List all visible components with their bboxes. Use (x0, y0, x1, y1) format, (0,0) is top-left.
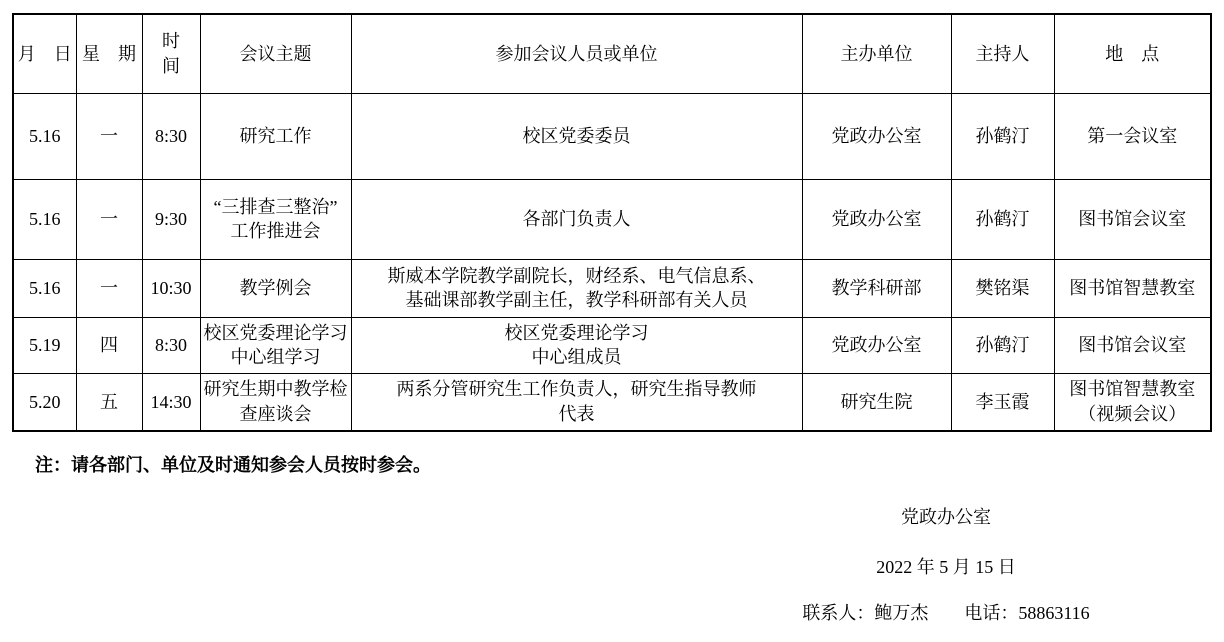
cell-weekday: 一 (76, 93, 142, 179)
cell-location: 图书馆会议室 (1054, 317, 1211, 373)
table-row: 5.16 一 10:30 教学例会 斯威本学院教学副院长，财经系、电气信息系、 … (13, 259, 1211, 317)
cell-weekday: 四 (76, 317, 142, 373)
cell-participants: 两系分管研究生工作负责人，研究生指导教师 代表 (351, 373, 802, 431)
footer-note: 注：请各部门、单位及时通知参会人员按时参会。 (35, 451, 431, 477)
col-header-time: 时 间 (142, 14, 200, 93)
cell-time: 8:30 (142, 93, 200, 179)
cell-host: 孙鹤汀 (951, 93, 1054, 179)
cell-host: 樊铭渠 (951, 259, 1054, 317)
cell-location: 第一会议室 (1054, 93, 1211, 179)
cell-month-day: 5.16 (13, 179, 76, 259)
signature-date: 2022 年 5 月 15 日 (700, 553, 1192, 579)
meeting-schedule-table: 月 日 星 期 时 间 会议主题 参加会议人员或单位 主办单位 主持人 地 点 … (12, 13, 1212, 432)
cell-participants: 校区党委理论学习 中心组成员 (351, 317, 802, 373)
col-header-location: 地 点 (1054, 14, 1211, 93)
cell-participants: 校区党委委员 (351, 93, 802, 179)
col-header-month-day: 月 日 (13, 14, 76, 93)
cell-topic: 校区党委理论学习 中心组学习 (200, 317, 351, 373)
col-header-participants: 参加会议人员或单位 (351, 14, 802, 93)
cell-weekday: 一 (76, 259, 142, 317)
cell-location: 图书馆会议室 (1054, 179, 1211, 259)
cell-topic: “三排查三整治” 工作推进会 (200, 179, 351, 259)
cell-time: 14:30 (142, 373, 200, 431)
cell-organizer: 党政办公室 (802, 93, 951, 179)
cell-time: 10:30 (142, 259, 200, 317)
col-header-host: 主持人 (951, 14, 1054, 93)
cell-topic: 教学例会 (200, 259, 351, 317)
cell-organizer: 党政办公室 (802, 317, 951, 373)
table-row: 5.19 四 8:30 校区党委理论学习 中心组学习 校区党委理论学习 中心组成… (13, 317, 1211, 373)
col-header-topic: 会议主题 (200, 14, 351, 93)
col-header-organizer: 主办单位 (802, 14, 951, 93)
cell-time: 9:30 (142, 179, 200, 259)
cell-time: 8:30 (142, 317, 200, 373)
cell-host: 孙鹤汀 (951, 317, 1054, 373)
signature-office: 党政办公室 (700, 503, 1192, 529)
cell-participants: 各部门负责人 (351, 179, 802, 259)
cell-month-day: 5.16 (13, 259, 76, 317)
cell-month-day: 5.20 (13, 373, 76, 431)
cell-host: 孙鹤汀 (951, 179, 1054, 259)
cell-participants: 斯威本学院教学副院长，财经系、电气信息系、 基础课部教学副主任，教学科研部有关人… (351, 259, 802, 317)
contact-line: 联系人：鲍万杰 电话：58863116 (700, 599, 1192, 625)
document-page: 月 日 星 期 时 间 会议主题 参加会议人员或单位 主办单位 主持人 地 点 … (0, 0, 1224, 642)
cell-weekday: 一 (76, 179, 142, 259)
cell-weekday: 五 (76, 373, 142, 431)
cell-organizer: 党政办公室 (802, 179, 951, 259)
table-row: 5.20 五 14:30 研究生期中教学检 查座谈会 两系分管研究生工作负责人，… (13, 373, 1211, 431)
cell-location: 图书馆智慧教室 （视频会议） (1054, 373, 1211, 431)
cell-organizer: 教学科研部 (802, 259, 951, 317)
col-header-weekday: 星 期 (76, 14, 142, 93)
cell-month-day: 5.16 (13, 93, 76, 179)
cell-organizer: 研究生院 (802, 373, 951, 431)
cell-topic: 研究生期中教学检 查座谈会 (200, 373, 351, 431)
cell-host: 李玉霞 (951, 373, 1054, 431)
cell-location: 图书馆智慧教室 (1054, 259, 1211, 317)
table-row: 5.16 一 8:30 研究工作 校区党委委员 党政办公室 孙鹤汀 第一会议室 (13, 93, 1211, 179)
table-row: 5.16 一 9:30 “三排查三整治” 工作推进会 各部门负责人 党政办公室 … (13, 179, 1211, 259)
header-row: 月 日 星 期 时 间 会议主题 参加会议人员或单位 主办单位 主持人 地 点 (13, 14, 1211, 93)
cell-month-day: 5.19 (13, 317, 76, 373)
cell-topic: 研究工作 (200, 93, 351, 179)
